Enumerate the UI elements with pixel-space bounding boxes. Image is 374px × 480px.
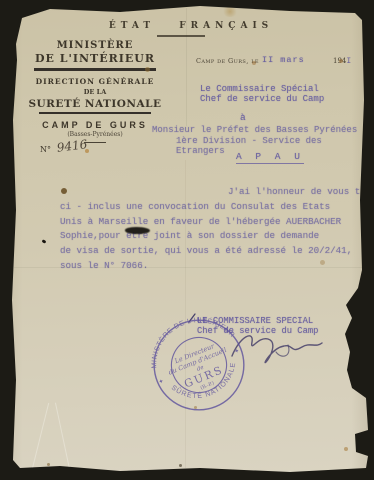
fold-crease xyxy=(14,267,362,268)
page-title: ÉTAT FRANÇAIS xyxy=(96,21,286,31)
paper-stain xyxy=(85,149,89,153)
particle-a: à xyxy=(240,112,246,123)
letterhead-ministere: MINISTÈRE xyxy=(28,40,162,51)
recipient-city: A P A U xyxy=(236,151,304,164)
body-line: Unis à Marseille en faveur de l'hébergée… xyxy=(60,215,360,230)
ink-blot xyxy=(125,227,150,234)
reference-number: N° 9416 xyxy=(40,141,87,155)
dateline-year-typed: I xyxy=(346,57,351,66)
paper-stain xyxy=(179,464,182,467)
body-line: de visa de sortie, qui vous a été adress… xyxy=(60,244,360,259)
fold-crease xyxy=(55,403,70,470)
fold-crease xyxy=(186,8,187,126)
ink-speck xyxy=(42,239,47,244)
paper-stain xyxy=(194,406,197,409)
letterhead-dela: DE LA xyxy=(28,88,162,96)
letterhead-rule xyxy=(34,68,156,71)
reference-number-value: 9416 xyxy=(56,137,88,155)
letterhead-interieur: DE L'INTÉRIEUR xyxy=(28,52,162,65)
letterhead-departement: (Basses-Pyrénées) xyxy=(28,131,162,138)
letterhead-camp: CAMP DE GURS xyxy=(28,120,162,130)
reference-number-label: N° xyxy=(40,145,51,154)
fold-crease xyxy=(32,403,49,469)
recipient-line-1: Monsieur le Préfet des Basses Pyrénées xyxy=(152,125,357,135)
paper-stain xyxy=(222,6,238,17)
body-line: ci - inclus une convocation du Consulat … xyxy=(60,200,360,215)
letterhead-rule-2 xyxy=(39,112,151,114)
fold-crease xyxy=(185,160,186,468)
sender-block: Le Commissaire Spécial Chef de service d… xyxy=(200,84,324,104)
paper-stain xyxy=(320,260,325,265)
scan-background: ÉTAT FRANÇAIS MINISTÈRE DE L'INTÉRIEUR D… xyxy=(0,0,374,480)
paper-stain xyxy=(252,61,256,65)
dateline-printed: Camp de Gurs, le xyxy=(196,57,259,65)
letter-paper: ÉTAT FRANÇAIS MINISTÈRE DE L'INTÉRIEUR D… xyxy=(0,0,374,480)
title-underline xyxy=(157,35,205,37)
paper-stain xyxy=(145,67,150,72)
paper-stain xyxy=(339,59,343,63)
body-line: Sophie,pour être joint à son dossier de … xyxy=(60,229,360,244)
body-line: J'ai l'honneur de vous transmettre xyxy=(60,185,360,200)
dateline-typed-date: II mars xyxy=(262,55,305,65)
paper-stain xyxy=(344,447,348,451)
letter-body: J'ai l'honneur de vous transmettre ci - … xyxy=(60,185,360,274)
stamp-star-left: ✦ xyxy=(158,378,165,386)
sender-line-2: Chef de service du Camp xyxy=(200,94,324,104)
sender-line-1: Le Commissaire Spécial xyxy=(200,84,324,94)
letterhead-surete: SURETÉ NATIONALE xyxy=(28,98,162,110)
letterhead-direction: DIRECTION GÉNÉRALE xyxy=(28,77,162,86)
letterhead: MINISTÈRE DE L'INTÉRIEUR DIRECTION GÉNÉR… xyxy=(28,40,162,143)
paper-stain xyxy=(47,463,50,466)
stamp-star-right: ✦ xyxy=(233,347,240,355)
paper-stain xyxy=(61,188,67,194)
